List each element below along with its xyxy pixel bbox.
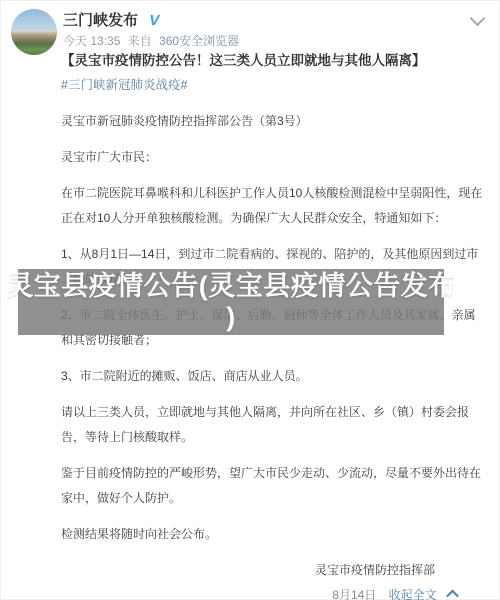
signature-block: 灵宝市疫情防控指挥部 8月14日 收起全文: [61, 558, 485, 600]
collapse-full-text-link[interactable]: 收起全文: [389, 588, 437, 600]
chevron-down-icon[interactable]: [470, 11, 486, 27]
paragraph: 灵宝市新冠肺炎疫情防控指挥部公告（第3号）: [61, 109, 485, 134]
overlay-title-line2: ): [226, 302, 236, 333]
post-card: 三门峡发布 V 今天 13:35 来自 360安全浏览器 【灵宝市疫情防控公告！…: [0, 0, 500, 600]
paragraph: 3、市二院附近的摊贩、饭店、商店从业人员。: [61, 364, 485, 389]
date-line: 8月14日 收起全文: [61, 583, 485, 600]
overlay-title-line1: 灵宝县疫情公告(灵宝县疫情公告发布: [6, 271, 456, 302]
watermark-title-overlay: 灵宝县疫情公告(灵宝县疫情公告发布 ): [18, 269, 444, 335]
paragraph: 灵宝市广大市民：: [61, 145, 485, 170]
verified-badge-icon: V: [149, 12, 159, 29]
paragraph: 在市二院医院耳鼻喉科和儿科医护工作人员10人核酸检测混检中呈弱阳性，现在正在对1…: [61, 181, 485, 231]
hashtag-link[interactable]: #三门峡新冠肺炎战疫#: [61, 73, 485, 98]
paragraph: 请以上三类人员，立即就地与其他人隔离，并向所在社区、乡（镇）村委会报告，等待上门…: [61, 400, 485, 450]
author-name[interactable]: 三门峡发布: [63, 12, 138, 29]
chevron-up-icon[interactable]: [446, 590, 459, 600]
source-prefix: 来自: [128, 34, 152, 48]
post-date: 8月14日: [332, 588, 376, 600]
post-time: 今天 13:35: [63, 34, 120, 48]
paragraph: 检测结果将随时向社会公布。: [61, 522, 485, 547]
paragraph: 鉴于目前疫情防控的严峻形势，望广大市民少走动、少流动，尽量不要外出待在家中，做好…: [61, 461, 485, 511]
post-meta: 今天 13:35 来自 360安全浏览器: [63, 34, 239, 48]
source-link[interactable]: 360安全浏览器: [159, 34, 239, 48]
author-row: 三门峡发布 V: [63, 12, 159, 30]
avatar[interactable]: [11, 9, 57, 55]
post-headline: 【灵宝市疫情防控公告！这三类人员立即就地与其他人隔离】: [61, 48, 485, 73]
signature: 灵宝市疫情防控指挥部: [61, 558, 485, 583]
